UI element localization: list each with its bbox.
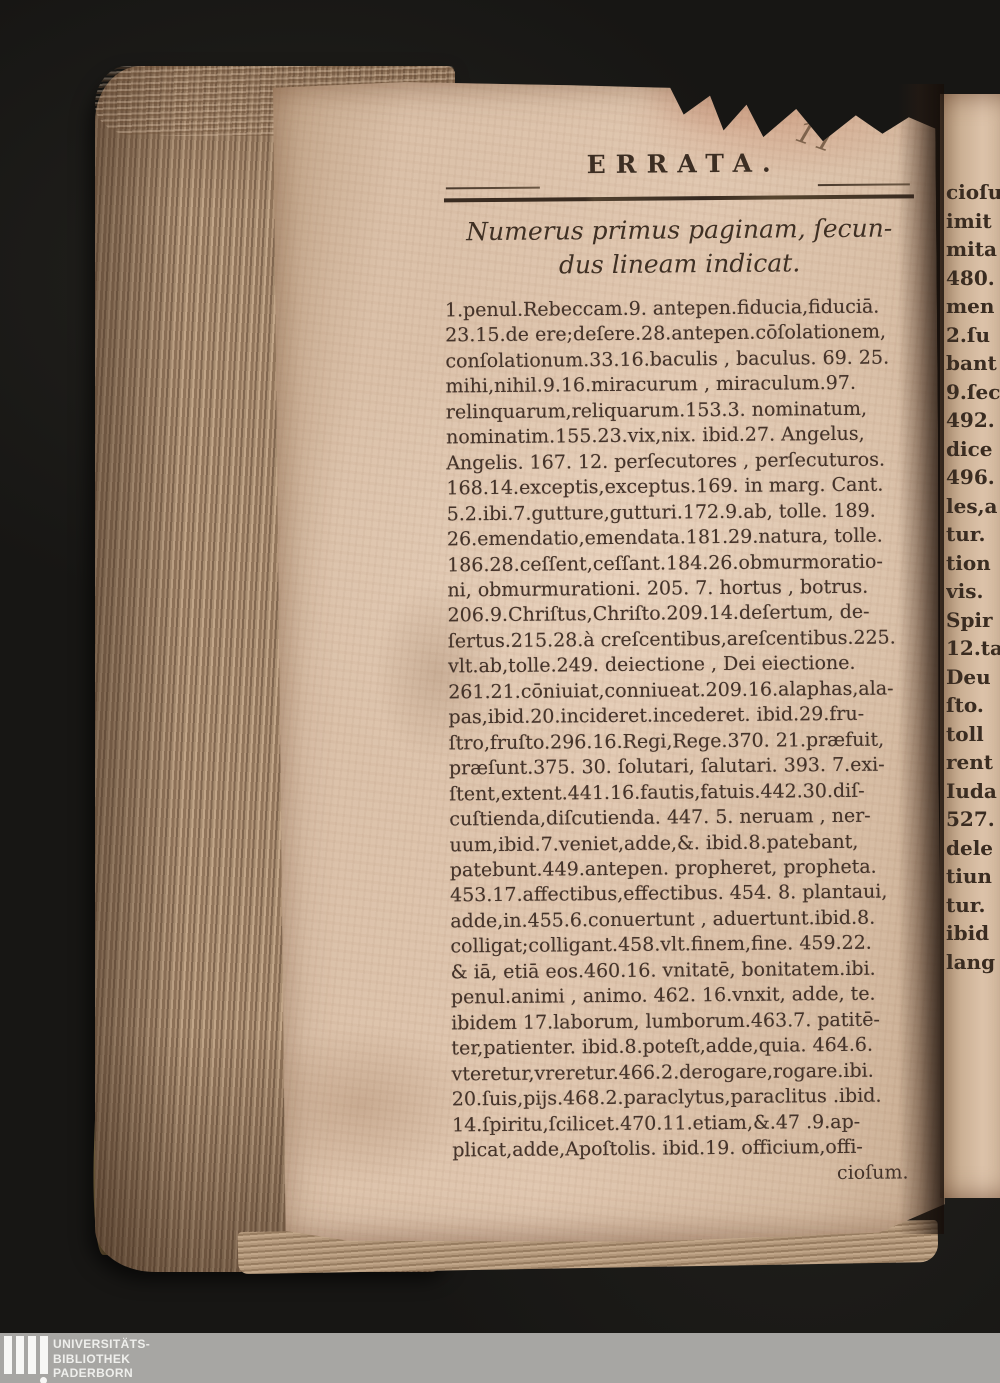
errata-line: cuſtienda,diſcutienda. 447. 5. neruam , … <box>449 803 919 833</box>
errata-body: 1.penul.Rebeccam.9. antepen.fiducia,fidu… <box>445 294 923 1163</box>
facing-page-line: bant <box>946 349 1000 378</box>
library-name-line-1: UNIVERSITÄTS- <box>53 1337 150 1352</box>
errata-line: 26.emendatio,emendata.181.29.natura, tol… <box>447 523 917 553</box>
errata-line: mihi,nihil.9.16.miracurum , miraculum.97… <box>446 371 916 401</box>
facing-page-line: 496. <box>946 463 1000 492</box>
page-title: ERRATA. <box>444 147 914 180</box>
facing-page-line: tion <box>946 549 1000 578</box>
facing-page-line: ibid <box>946 919 1000 948</box>
facing-page-line: 9.ſec <box>946 378 1000 407</box>
rule-thin-right <box>818 183 910 186</box>
errata-line: præſunt.375. 30. ſolutari, ſalutari. 393… <box>449 752 919 782</box>
subtitle-line-2: dus lineam indicat. <box>444 245 914 283</box>
library-footer: UNIVERSITÄTS- BIBLIOTHEK PADERBORN <box>0 1333 1000 1383</box>
facing-page-sliver: cioſuimitmita480.men2.ſubant9.ſec492.dic… <box>940 94 1000 1198</box>
facing-page-line: dice <box>946 435 1000 464</box>
errata-line: 23.15.de ere;deſere.28.antepen.cōſolatio… <box>445 320 915 350</box>
facing-page-line: toll <box>946 720 1000 749</box>
errata-line: 206.9.Chriſtus,Chriſto.209.14.deſertum, … <box>448 600 918 630</box>
errata-line: colligat;colligant.458.vlt.finem,fine. 4… <box>450 931 920 961</box>
facing-page-line: cioſu <box>946 178 1000 207</box>
gutter-shadow <box>898 84 944 1234</box>
facing-page-line: Iuda <box>946 777 1000 806</box>
errata-line: 453.17.affectibus,effectibus. 454. 8. pl… <box>450 880 920 910</box>
facing-page-line: 492. <box>946 406 1000 435</box>
errata-page-content: ERRATA. Numerus primus paginam, ſecun- d… <box>443 75 923 1243</box>
facing-page-line: les,a <box>946 492 1000 521</box>
facing-page-line: mita <box>946 235 1000 264</box>
rule-thick <box>444 194 914 202</box>
facing-page-line: vis. <box>946 577 1000 606</box>
subtitle-line-1: Numerus primus paginam, ſecun- <box>444 211 914 249</box>
errata-line: ter,patienter. ibid.8.poteſt,adde,quia. … <box>451 1032 921 1062</box>
errata-page: 11 ERRATA. Numerus primus paginam, ſecun… <box>273 75 945 1245</box>
facing-page-line: 12.ta <box>946 634 1000 663</box>
facing-page-line: 2.ſu <box>946 321 1000 350</box>
errata-line: penul.animi , animo. 462. 16.vnxit, adde… <box>451 982 921 1012</box>
errata-line: nominatim.155.23.vix,nix. ibid.27. Angel… <box>446 422 916 452</box>
errata-line: 168.14.exceptis,exceptus.169. in marg. C… <box>446 472 916 502</box>
rule-thin-left <box>446 187 540 190</box>
facing-page-line: ſto. <box>946 691 1000 720</box>
facing-page-line: tur. <box>946 891 1000 920</box>
facing-page-line: rent <box>946 748 1000 777</box>
errata-line: pas,ibid.20.incideret.incederet. ibid.29… <box>448 702 918 732</box>
facing-page-fragments: cioſuimitmita480.men2.ſubant9.ſec492.dic… <box>946 178 1000 976</box>
facing-page-line: 480. <box>946 264 1000 293</box>
facing-page-line: Deu <box>946 663 1000 692</box>
errata-line: vlt.ab,tolle.249. deiectione , Dei eiect… <box>448 651 918 681</box>
facing-page-line: tiun <box>946 862 1000 891</box>
library-name-line-2: BIBLIOTHEK <box>53 1352 150 1367</box>
facing-page-line: Spir <box>946 606 1000 635</box>
library-name-line-3: PADERBORN <box>53 1366 150 1381</box>
facing-page-line: tur. <box>946 520 1000 549</box>
facing-page-line: imit <box>946 207 1000 236</box>
subtitle: Numerus primus paginam, ſecun- dus linea… <box>444 211 915 283</box>
errata-line: 20.ſuis,pijs.468.2.paraclytus,paraclitus… <box>452 1083 922 1113</box>
facing-page-line: lang <box>946 948 1000 977</box>
facing-page-line: men <box>946 292 1000 321</box>
photo-stage: 11 ERRATA. Numerus primus paginam, ſecun… <box>0 0 1000 1383</box>
facing-page-line: dele <box>946 834 1000 863</box>
errata-line: plicat,adde,Apoſtolis. ibid.19. officium… <box>452 1134 922 1164</box>
facing-page-line: 527. <box>946 805 1000 834</box>
library-name: UNIVERSITÄTS- BIBLIOTHEK PADERBORN <box>53 1337 150 1381</box>
